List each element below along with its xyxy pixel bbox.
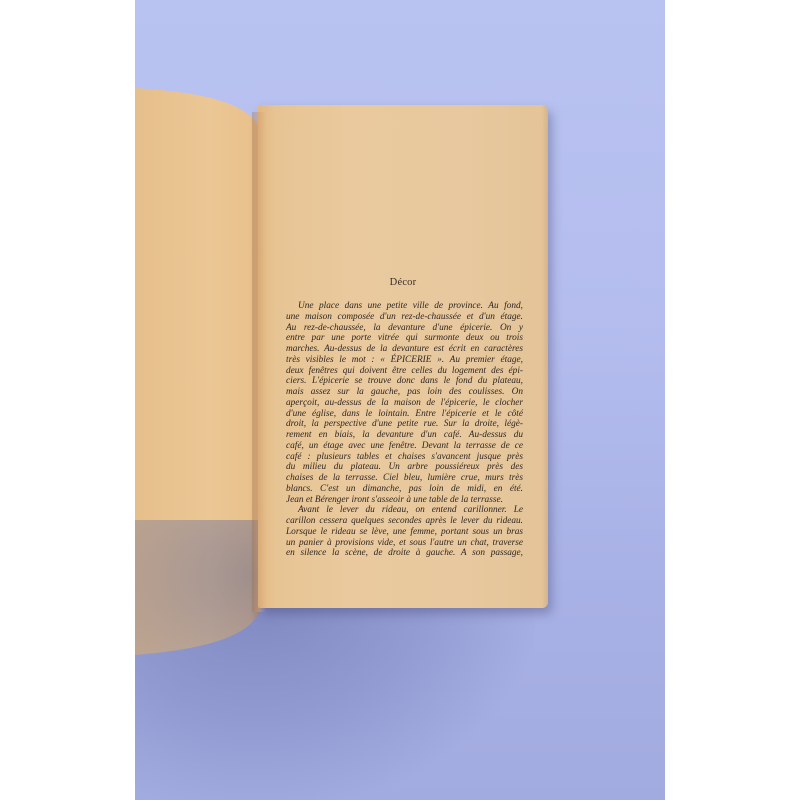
book-gutter bbox=[252, 112, 266, 612]
text-line: Lorsque le rideau se lève, une femme, po… bbox=[286, 527, 523, 538]
text-line: café : plusieurs tables et chaises s'ava… bbox=[286, 452, 523, 463]
text-line: blancs. C'est un dimanche, pas loin de m… bbox=[286, 484, 523, 495]
text-line: Jean et Bérenger iront s'asseoir à une t… bbox=[286, 495, 523, 506]
text-line: mais assez sur la gauche, pas loin des c… bbox=[286, 387, 523, 398]
text-line: aperçoit, au-dessus de la maison de l'ép… bbox=[286, 398, 523, 409]
text-line: chaises de la terrasse. Ciel bleu, lumiè… bbox=[286, 473, 523, 484]
text-line: ciers. L'épicerie se trouve donc dans le… bbox=[286, 376, 523, 387]
text-line: Une place dans une petite ville de provi… bbox=[286, 301, 523, 312]
text-line: en silence la scène, de droite à gauche.… bbox=[286, 548, 523, 559]
text-line: marches. Au-dessus de la devanture est é… bbox=[286, 344, 523, 355]
text-line: entre par une porte vitrée qui surmonte … bbox=[286, 333, 523, 344]
text-line: rement en biais, la devanture d'un café.… bbox=[286, 430, 523, 441]
text-line: un panier à provisions vide, et sous l'a… bbox=[286, 538, 523, 549]
book-photo: Décor Une place dans une petite ville de… bbox=[135, 0, 665, 800]
text-line: d'une église, dans le lointain. Entre l'… bbox=[286, 409, 523, 420]
text-line: carillon cessera quelques secondes après… bbox=[286, 516, 523, 527]
page-body-text: Une place dans une petite ville de provi… bbox=[286, 301, 523, 559]
text-line: très visibles le mot : « ÉPICERIE ». Au … bbox=[286, 355, 523, 366]
text-line: deux fenêtres qui doivent être celles du… bbox=[286, 366, 523, 377]
text-line: une maison composée d'un rez-de-chaussée… bbox=[286, 312, 523, 323]
text-line: café, un étage avec une fenêtre. Devant … bbox=[286, 441, 523, 452]
text-line: du milieu du plateau. Un arbre poussiére… bbox=[286, 462, 523, 473]
text-line: Au rez-de-chaussée, la devanture d'une é… bbox=[286, 323, 523, 334]
text-line: Avant le lever du rideau, on entend cari… bbox=[286, 505, 523, 516]
page-title: Décor bbox=[258, 277, 548, 288]
text-line: droit, la perspective d'une petite rue. … bbox=[286, 419, 523, 430]
